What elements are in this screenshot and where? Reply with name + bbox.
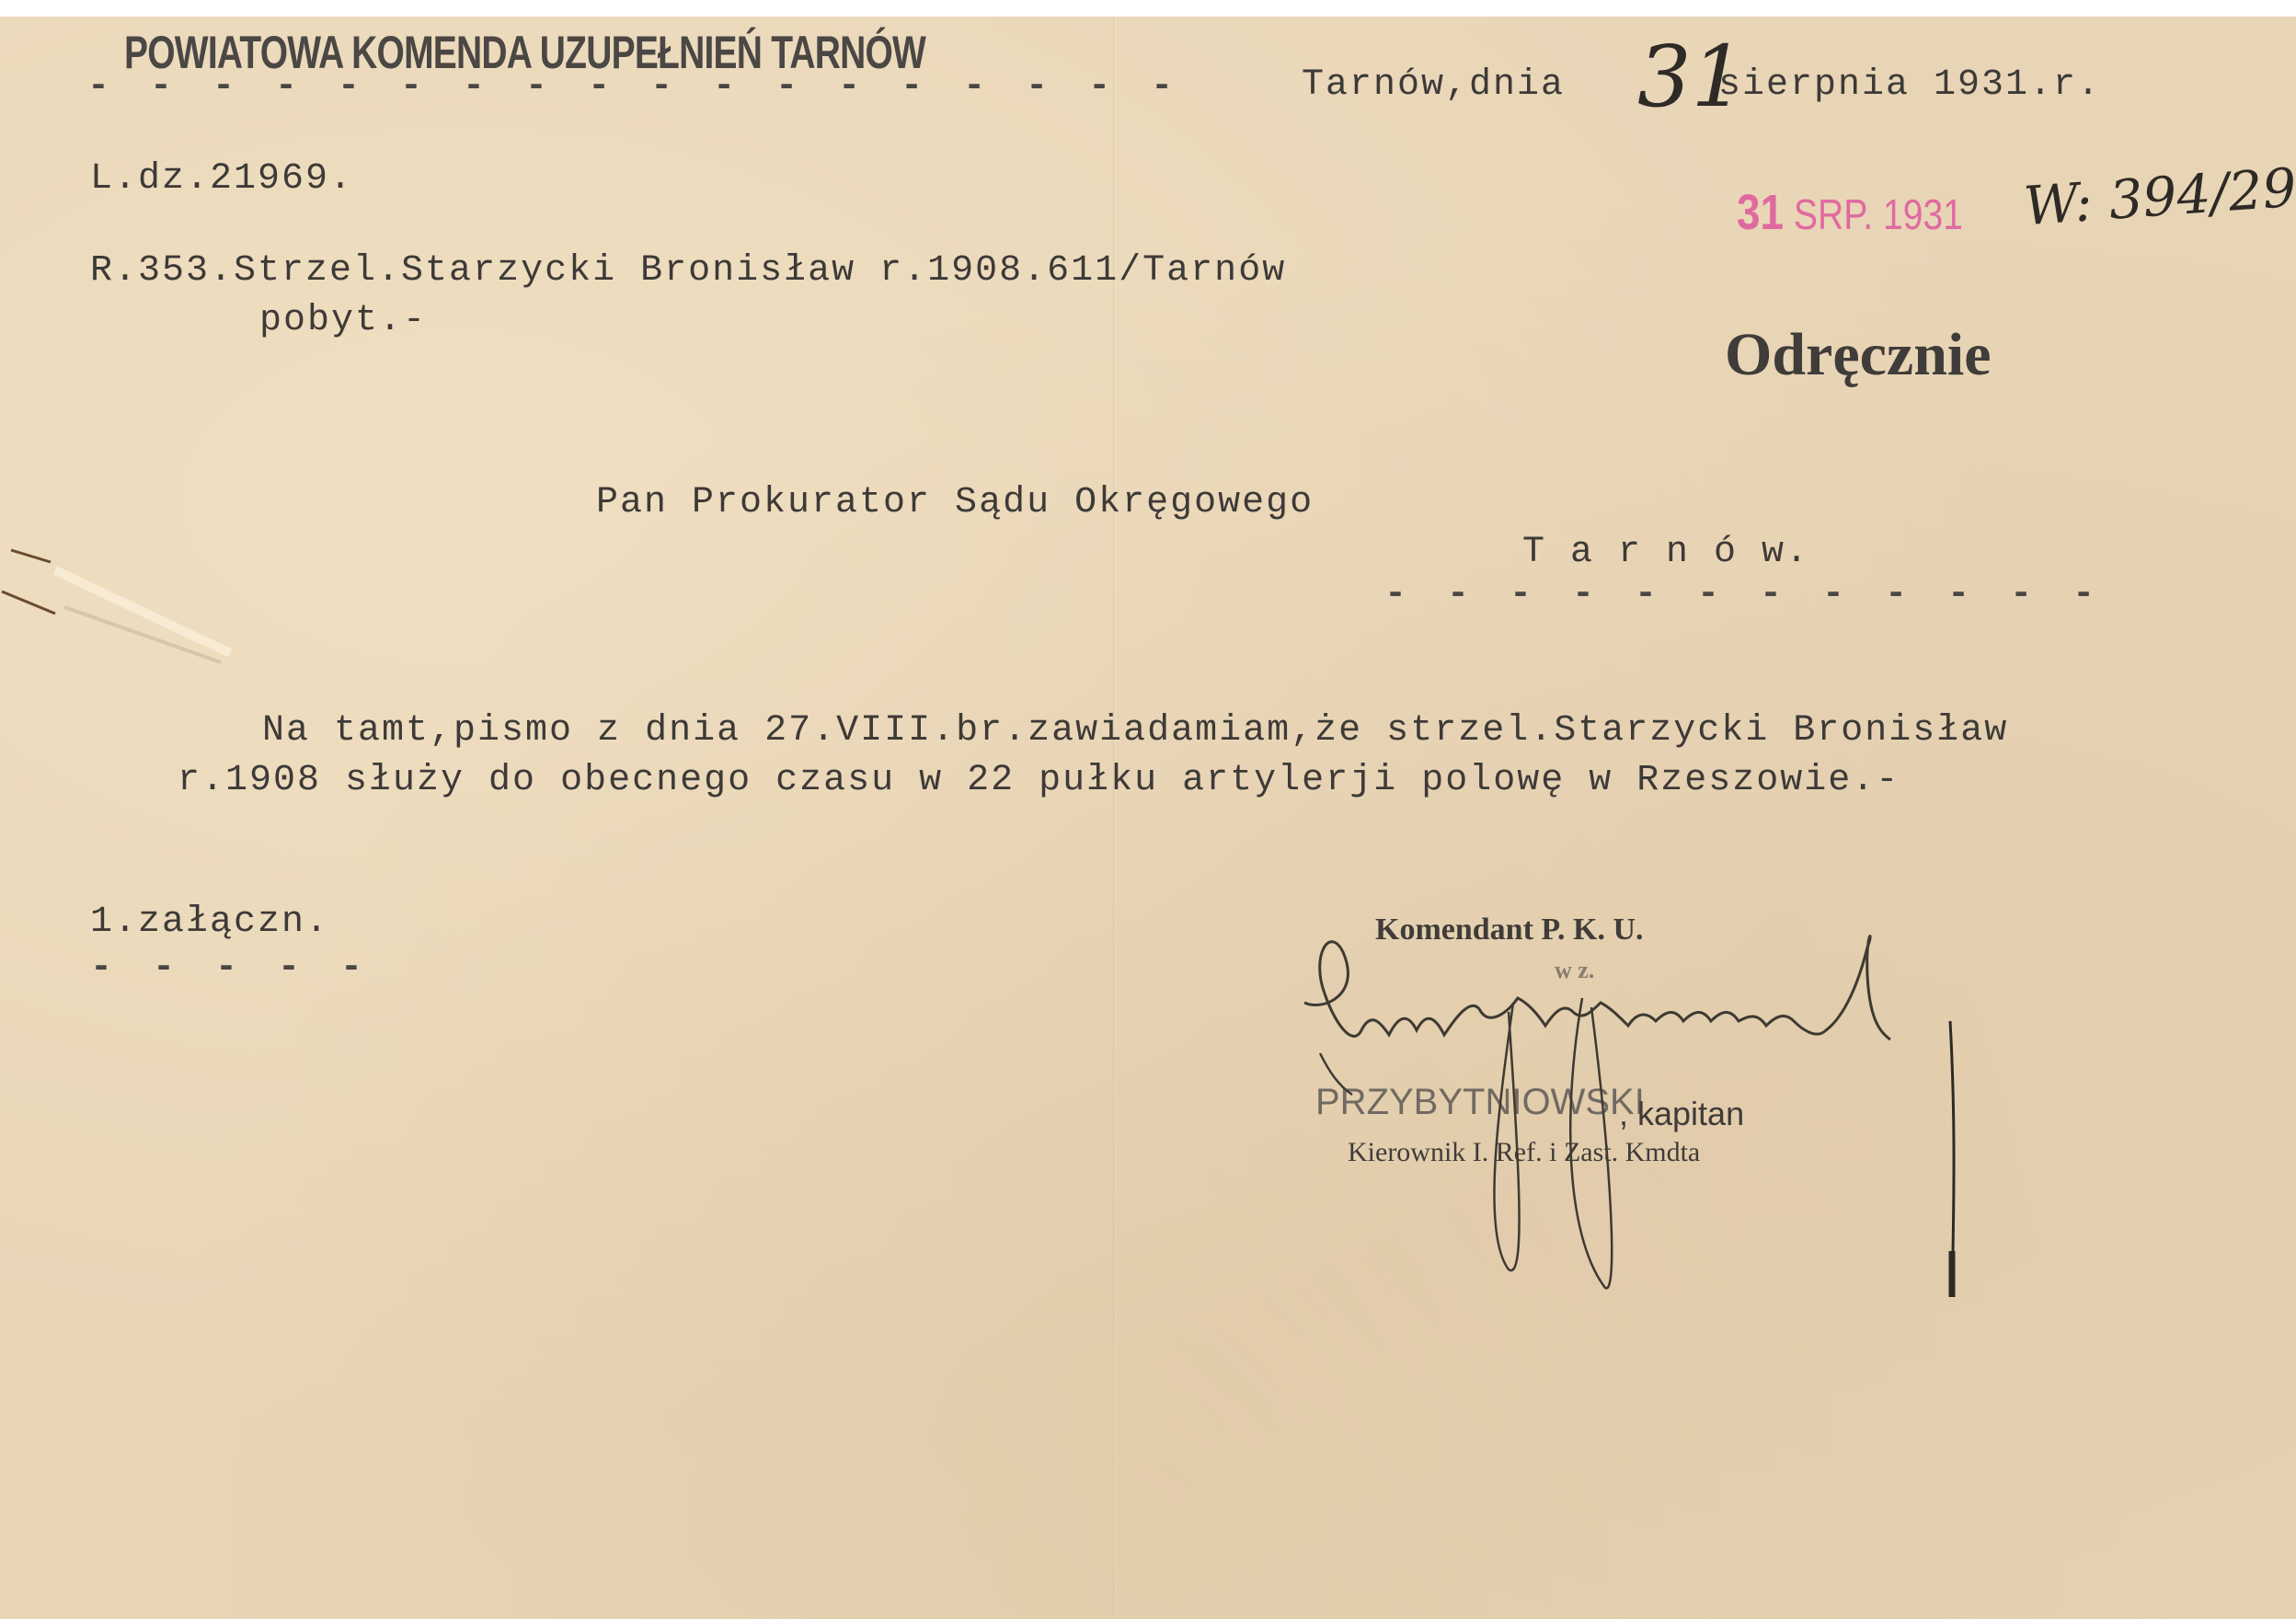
handwritten-signature [0,0,2296,1619]
